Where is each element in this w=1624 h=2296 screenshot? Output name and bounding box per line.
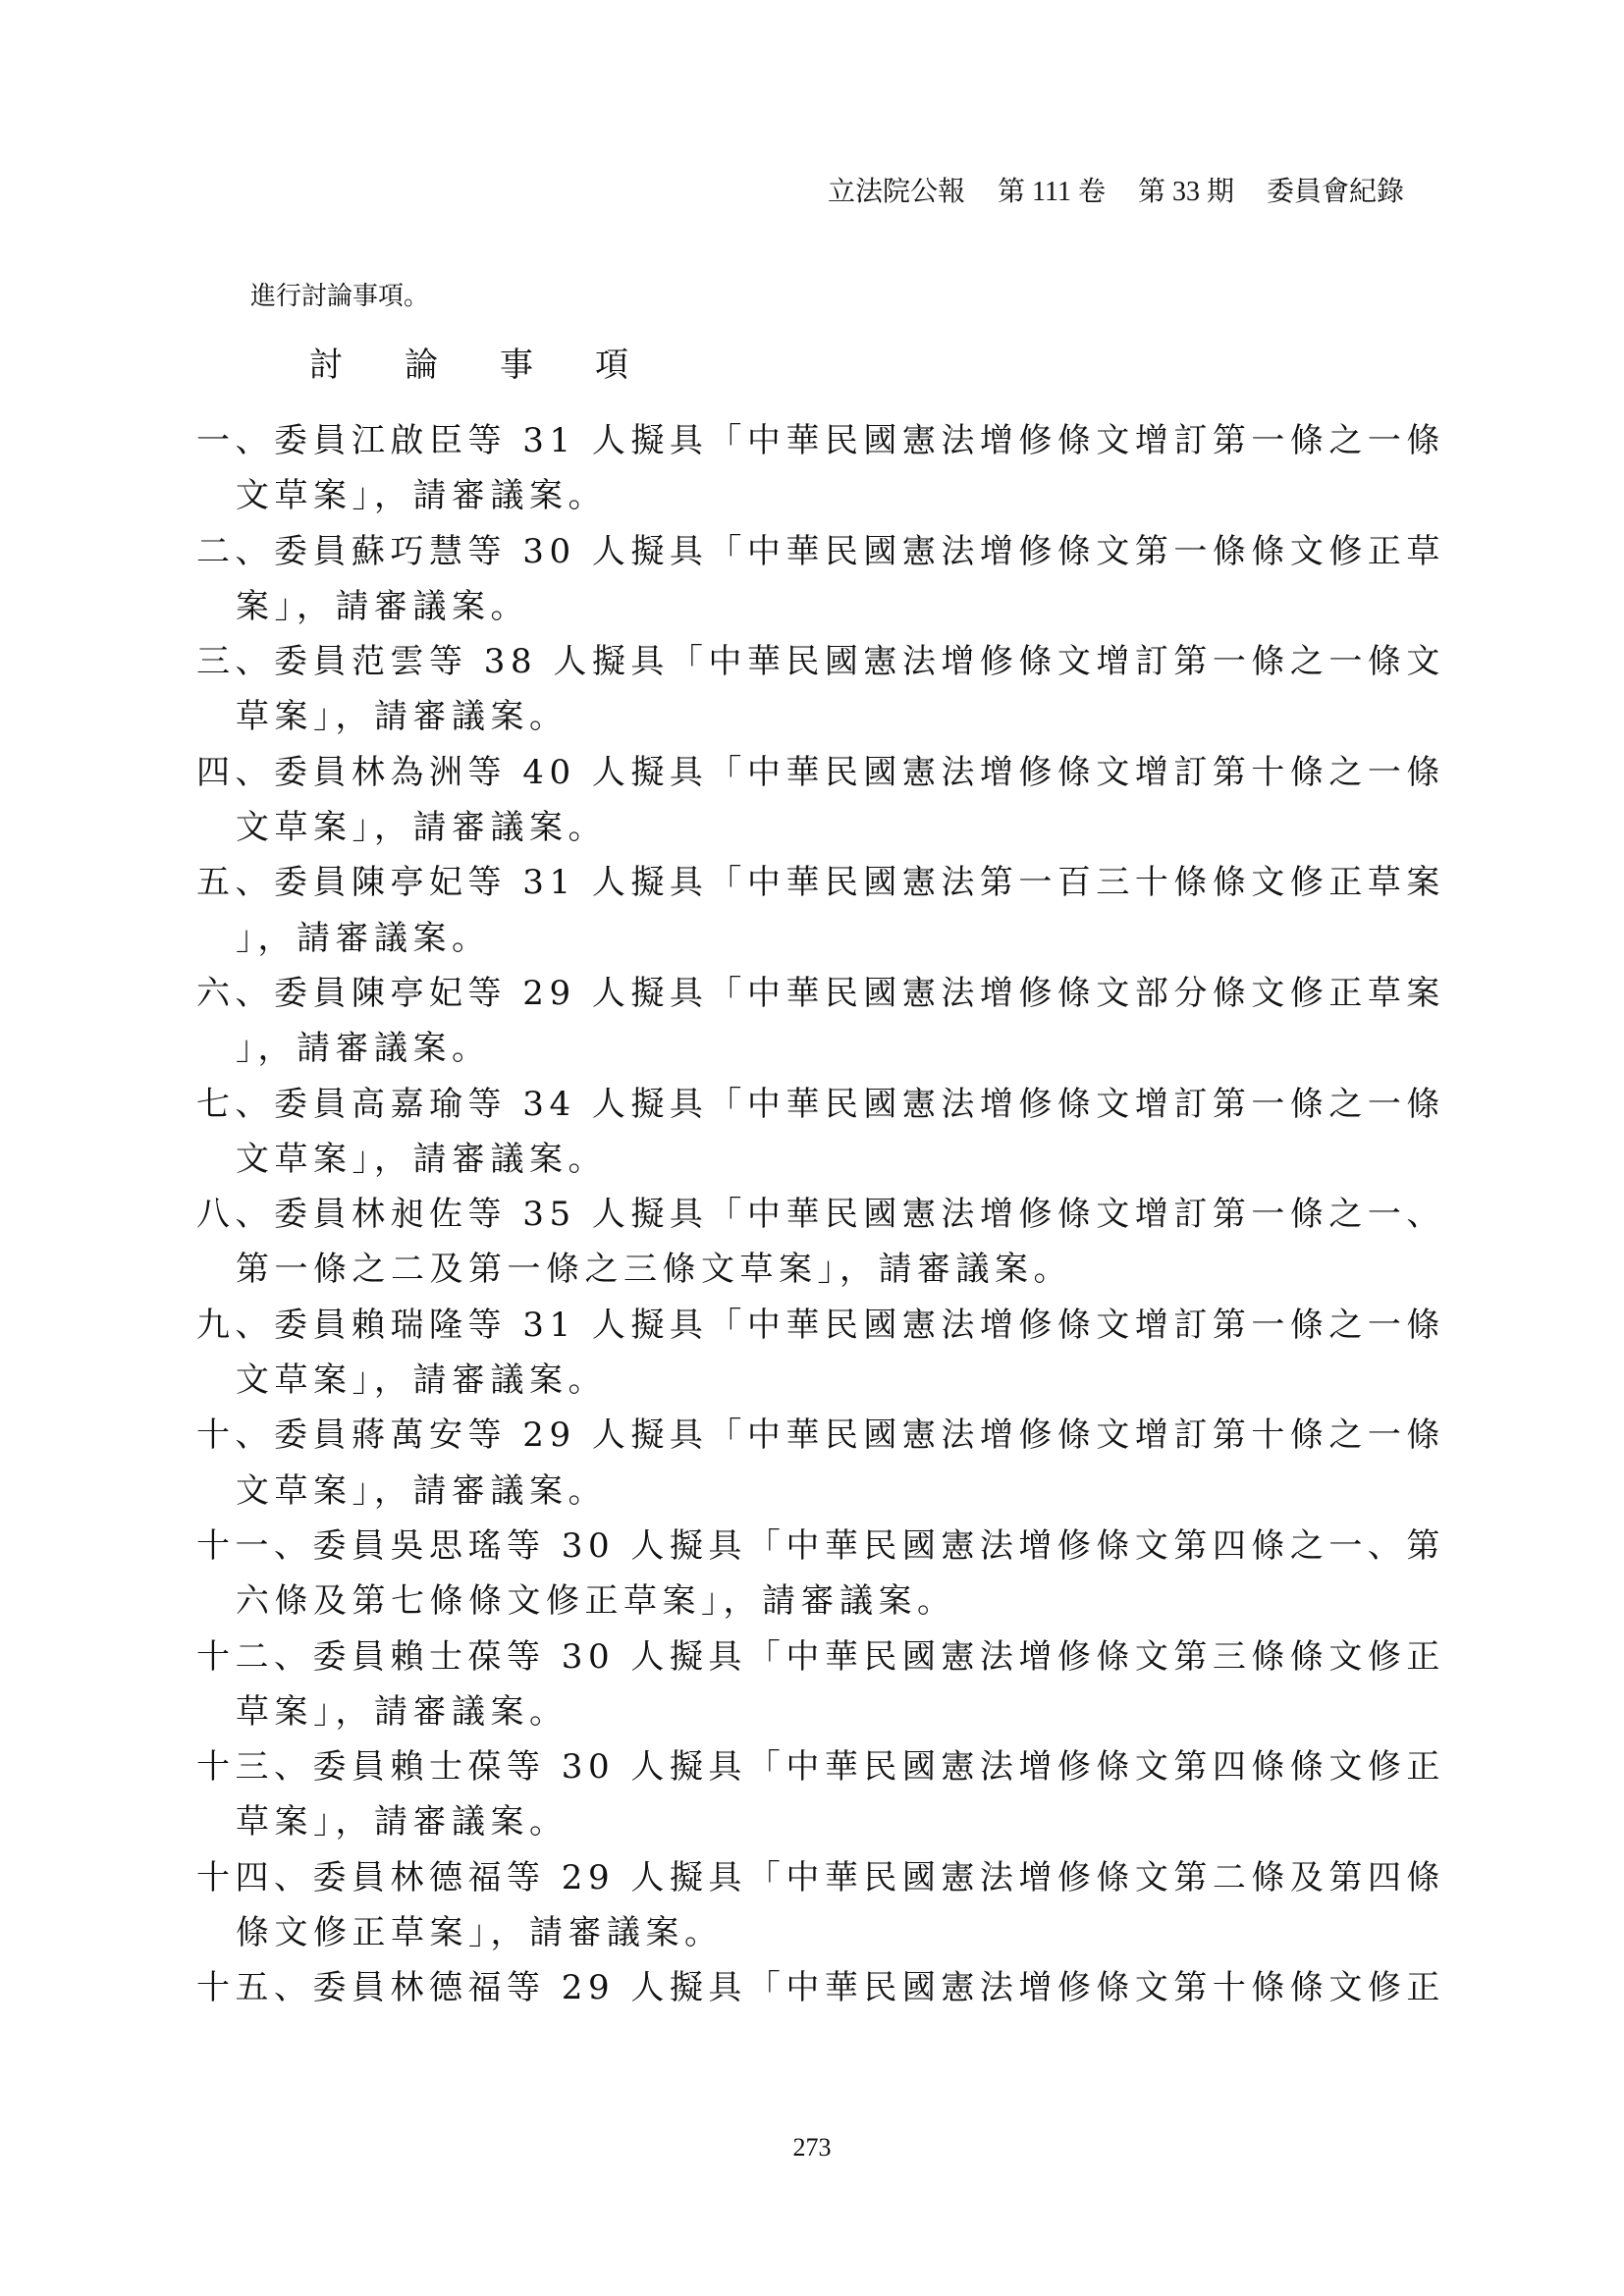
item-line-continuation: 」，請審議案。 [196,911,1434,966]
page-header: 立法院公報 第 111 卷 第 33 期 委員會紀錄 [828,175,1404,210]
item-line-continuation: 案」，請審議案。 [196,579,1434,634]
item-line: 十五、委員林德福等 29 人擬具「中華民國憲法增修條文第十條條文修正 [196,1960,1434,2015]
issue-number: 第 33 期 [1138,177,1234,207]
item-line-continuation: 文草案」，請審議案。 [196,800,1434,855]
item-line: 九、委員賴瑞隆等 31 人擬具「中華民國憲法增修條文增訂第一條之一條 [196,1298,1434,1353]
list-item: 七、委員高嘉瑜等 34 人擬具「中華民國憲法增修條文增訂第一條之一條 文草案」，… [196,1077,1434,1188]
page-number: 273 [0,2132,1624,2163]
item-line: 一、委員江啟臣等 31 人擬具「中華民國憲法增修條文增訂第一條之一條 [196,413,1434,468]
heading-char: 項 [595,344,690,387]
item-line-continuation: 文草案」，請審議案。 [196,468,1434,523]
item-line: 十三、委員賴士葆等 30 人擬具「中華民國憲法增修條文第四條條文修正 [196,1739,1434,1794]
list-item: 十三、委員賴士葆等 30 人擬具「中華民國憲法增修條文第四條條文修正 草案」，請… [196,1739,1434,1850]
section-heading: 討論事項 [309,344,690,387]
list-item: 十五、委員林德福等 29 人擬具「中華民國憲法增修條文第十條條文修正 [196,1960,1434,2015]
list-item: 六、委員陳亭妃等 29 人擬具「中華民國憲法增修條文部分條文修正草案 」，請審議… [196,966,1434,1077]
item-line: 六、委員陳亭妃等 29 人擬具「中華民國憲法增修條文部分條文修正草案 [196,966,1434,1021]
item-line-continuation: 草案」，請審議案。 [196,1684,1434,1739]
item-line: 十一、委員吳思瑤等 30 人擬具「中華民國憲法增修條文第四條之一、第 [196,1519,1434,1574]
item-line: 五、委員陳亭妃等 31 人擬具「中華民國憲法第一百三十條條文修正草案 [196,855,1434,910]
item-line: 十二、委員賴士葆等 30 人擬具「中華民國憲法增修條文第三條條文修正 [196,1629,1434,1684]
item-line: 三、委員范雲等 38 人擬具「中華民國憲法增修條文增訂第一條之一條文 [196,634,1434,689]
volume-number: 第 111 卷 [998,177,1106,207]
list-item: 三、委員范雲等 38 人擬具「中華民國憲法增修條文增訂第一條之一條文 草案」，請… [196,634,1434,745]
item-line: 七、委員高嘉瑜等 34 人擬具「中華民國憲法增修條文增訂第一條之一條 [196,1077,1434,1132]
item-line-continuation: 草案」，請審議案。 [196,1794,1434,1849]
heading-char: 論 [405,344,500,387]
item-line: 十四、委員林德福等 29 人擬具「中華民國憲法增修條文第二條及第四條 [196,1850,1434,1905]
list-item: 五、委員陳亭妃等 31 人擬具「中華民國憲法第一百三十條條文修正草案 」，請審議… [196,855,1434,966]
list-item: 九、委員賴瑞隆等 31 人擬具「中華民國憲法增修條文增訂第一條之一條 文草案」，… [196,1298,1434,1409]
heading-char: 事 [500,344,595,387]
heading-char: 討 [309,344,405,387]
item-line-continuation: 」，請審議案。 [196,1021,1434,1076]
list-item: 十四、委員林德福等 29 人擬具「中華民國憲法增修條文第二條及第四條 條文修正草… [196,1850,1434,1961]
list-item: 二、委員蘇巧慧等 30 人擬具「中華民國憲法增修條文第一條條文修正草 案」，請審… [196,524,1434,635]
item-line: 十、委員蔣萬安等 29 人擬具「中華民國憲法增修條文增訂第十條之一條 [196,1408,1434,1463]
item-line-continuation: 文草案」，請審議案。 [196,1353,1434,1408]
item-line-continuation: 第一條之二及第一條之三條文草案」，請審議案。 [196,1242,1434,1297]
list-item: 十二、委員賴士葆等 30 人擬具「中華民國憲法增修條文第三條條文修正 草案」，請… [196,1629,1434,1740]
section-name: 委員會紀錄 [1267,177,1404,207]
item-line: 四、委員林為洲等 40 人擬具「中華民國憲法增修條文增訂第十條之一條 [196,745,1434,800]
list-item: 十、委員蔣萬安等 29 人擬具「中華民國憲法增修條文增訂第十條之一條 文草案」，… [196,1408,1434,1519]
item-line-continuation: 文草案」，請審議案。 [196,1132,1434,1187]
item-line-continuation: 文草案」，請審議案。 [196,1464,1434,1519]
list-item: 八、委員林昶佐等 35 人擬具「中華民國憲法增修條文增訂第一條之一、 第一條之二… [196,1187,1434,1298]
discussion-items-list: 一、委員江啟臣等 31 人擬具「中華民國憲法增修條文增訂第一條之一條 文草案」，… [196,413,1434,2016]
item-line: 八、委員林昶佐等 35 人擬具「中華民國憲法增修條文增訂第一條之一、 [196,1187,1434,1242]
item-line-continuation: 草案」，請審議案。 [196,689,1434,744]
list-item: 十一、委員吳思瑤等 30 人擬具「中華民國憲法增修條文第四條之一、第 六條及第七… [196,1519,1434,1629]
list-item: 一、委員江啟臣等 31 人擬具「中華民國憲法增修條文增訂第一條之一條 文草案」，… [196,413,1434,524]
item-line: 二、委員蘇巧慧等 30 人擬具「中華民國憲法增修條文第一條條文修正草 [196,524,1434,579]
item-line-continuation: 六條及第七條條文修正草案」，請審議案。 [196,1574,1434,1629]
publication-name: 立法院公報 [828,177,965,207]
list-item: 四、委員林為洲等 40 人擬具「中華民國憲法增修條文增訂第十條之一條 文草案」，… [196,745,1434,856]
intro-text: 進行討論事項。 [250,280,429,313]
item-line-continuation: 條文修正草案」，請審議案。 [196,1905,1434,1960]
